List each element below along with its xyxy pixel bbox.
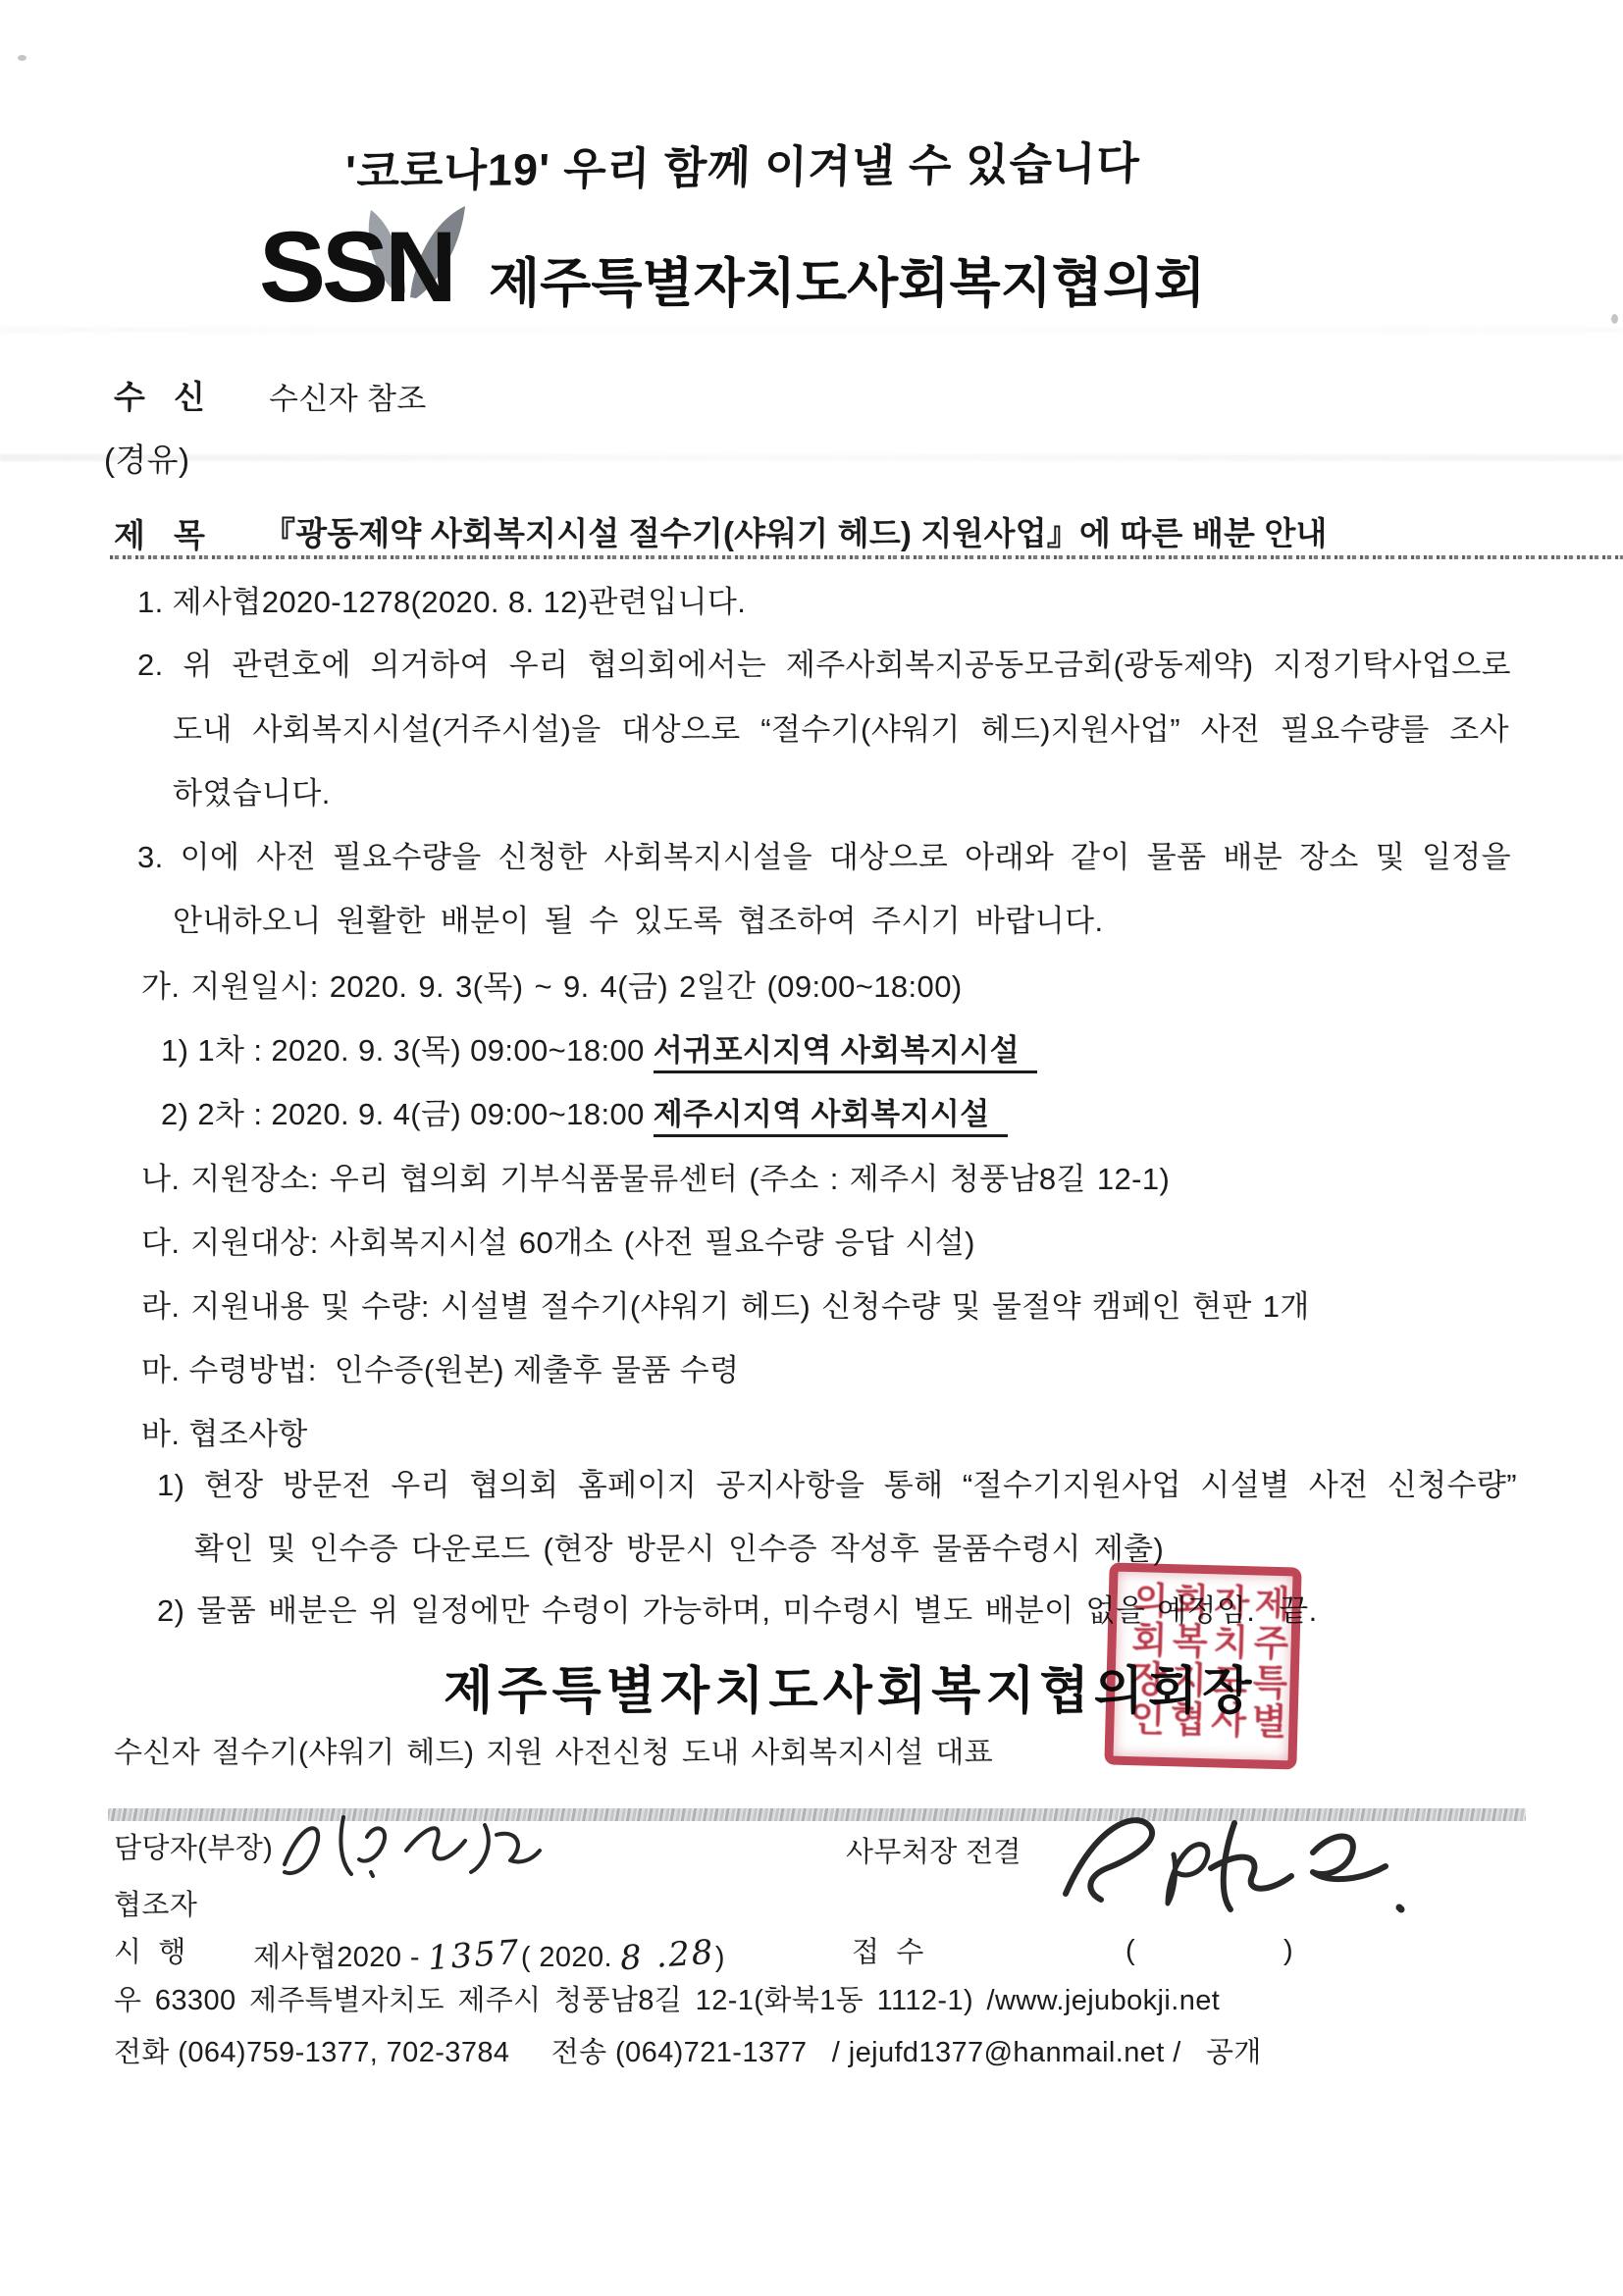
issue-date-close: ) <box>715 1942 725 1973</box>
body-paragraph-3-line2: 안내하오니 원활한 배분이 될 수 있도록 협조하여 주시기 바랍니다. <box>173 904 1103 939</box>
receipt-paren-close: ) <box>1283 1935 1293 1967</box>
body-paragraph-1: 1. 제사협2020-1278(2020. 8. 12)관련입니다. <box>137 585 746 620</box>
subject-value: 『광동제약 사회복지시설 절수기(샤워기 헤드) 지원사업』에 따른 배분 안내 <box>263 515 1328 552</box>
body-paragraph-2-line1: 2. 위 관련호에 의거하여 우리 협의회에서는 제주사회복지공동모금회(광동제… <box>137 648 1511 683</box>
approver-signature <box>1052 1798 1425 1945</box>
issue-number-line: 제사협2020 - 1357( 2020. 8 .28) <box>253 1937 725 1975</box>
detail-ga-sub2-prefix: 2) 2차 : 2020. 9. 4(금) 09:00~18:00 <box>161 1097 654 1131</box>
ssn-logo-text: SSN <box>259 220 453 315</box>
body-paragraph-3-line1: 3. 이에 사전 필요수량을 신청한 사회복지시설을 대상으로 아래와 같이 물… <box>137 840 1511 875</box>
issue-date-open: ( 2020. <box>521 1942 621 1973</box>
detail-ra-content: 라. 지원내용 및 수량: 시설별 절수기(샤워기 헤드) 신청수량 및 물절약… <box>141 1289 1310 1325</box>
detail-ga-sub1-prefix: 1) 1차 : 2020. 9. 3(목) 09:00~18:00 <box>161 1033 654 1068</box>
scan-speck <box>1611 314 1618 324</box>
detail-ga-date: 가. 지원일시: 2020. 9. 3(목) ~ 9. 4(금) 2일간 (09… <box>141 969 963 1005</box>
scan-speck <box>18 55 26 61</box>
receipt-label: 접 수 <box>852 1937 924 1969</box>
official-seal: 제주특별자치도사회복지협의회장인 <box>1104 1562 1301 1769</box>
manager-label: 담당자(부장) <box>114 1833 273 1865</box>
manager-signature <box>273 1803 567 1892</box>
via-label: (경유) <box>104 442 189 479</box>
detail-ma-method: 마. 수령방법: 인수증(원본) 제출후 물품 수령 <box>141 1353 739 1388</box>
header-slogan: '코로나19' 우리 함께 이겨낼 수 있습니다 <box>344 128 1141 200</box>
subject-label: 제 목 <box>114 517 205 554</box>
detail-ga-sub1: 1) 1차 : 2020. 9. 3(목) 09:00~18:00 서귀포시지역… <box>161 1033 1037 1069</box>
issue-date-handwritten: 8 .28 <box>619 1934 716 1979</box>
approver-label: 사무처장 전결 <box>846 1837 1021 1869</box>
detail-ga-sub2-facility: 제주시지역 사회복지시설 <box>654 1097 1008 1137</box>
body-paragraph-2-line2: 도내 사회복지시설(거주시설)을 대상으로 “절수기(샤워기 헤드)지원사업” … <box>173 712 1509 748</box>
detail-ga-sub2: 2) 2차 : 2020. 9. 4(금) 09:00~18:00 제주시지역 … <box>161 1097 1008 1132</box>
recipient-label: 수 신 <box>114 379 205 416</box>
scan-streak <box>0 327 1623 333</box>
footer-address: 우 63300 제주특별자치도 제주시 청풍남8길 12-1(화북1동 1112… <box>114 1985 1220 2017</box>
detail-ga-sub1-facility: 서귀포시지역 사회복지시설 <box>654 1033 1037 1073</box>
issue-number-prefix: 제사협2020 - <box>253 1942 428 1973</box>
scan-streak <box>0 454 1623 461</box>
detail-ba-cooperation: 바. 협조사항 <box>141 1417 308 1452</box>
detail-na-place: 나. 지원장소: 우리 협의회 기부식품물류센터 (주소 : 제주시 청풍남8길… <box>141 1162 1170 1197</box>
document-page: '코로나19' 우리 함께 이겨낼 수 있습니다 SSN 제주특별자치도사회복지… <box>0 0 1623 2296</box>
cooperator-label: 협조자 <box>114 1890 197 1922</box>
detail-ba-sub1-line1: 1) 현장 방문전 우리 협의회 홈페이지 공지사항을 통해 “절수기지원사업 … <box>157 1468 1517 1503</box>
title-separator <box>110 555 1623 559</box>
detail-da-target: 다. 지원대상: 사회복지시설 60개소 (사전 필요수량 응답 시설) <box>141 1226 975 1261</box>
footer-contact: 전화 (064)759-1377, 702-3784 전송 (064)721-1… <box>114 2037 1262 2069</box>
recipient-value: 수신자 참조 <box>269 382 427 417</box>
issue-number-handwritten: 1357 <box>427 1934 522 1979</box>
body-paragraph-2-line3: 하였습니다. <box>173 776 331 811</box>
header-org-name: 제주특별자치도사회복지협의회 <box>489 241 1205 317</box>
issue-label: 시 행 <box>114 1937 186 1969</box>
official-seal-text: 제주특별자치도사회복지협의회장인 <box>1117 1581 1289 1751</box>
receipt-paren-open: ( <box>1126 1935 1135 1967</box>
addressee-line: 수신자 절수기(샤워기 헤드) 지원 사전신청 도내 사회복지시설 대표 <box>114 1737 993 1771</box>
detail-ba-sub1-line2: 확인 및 인수증 다운로드 (현장 방문시 인수증 작성후 물품수령시 제출) <box>194 1532 1164 1567</box>
